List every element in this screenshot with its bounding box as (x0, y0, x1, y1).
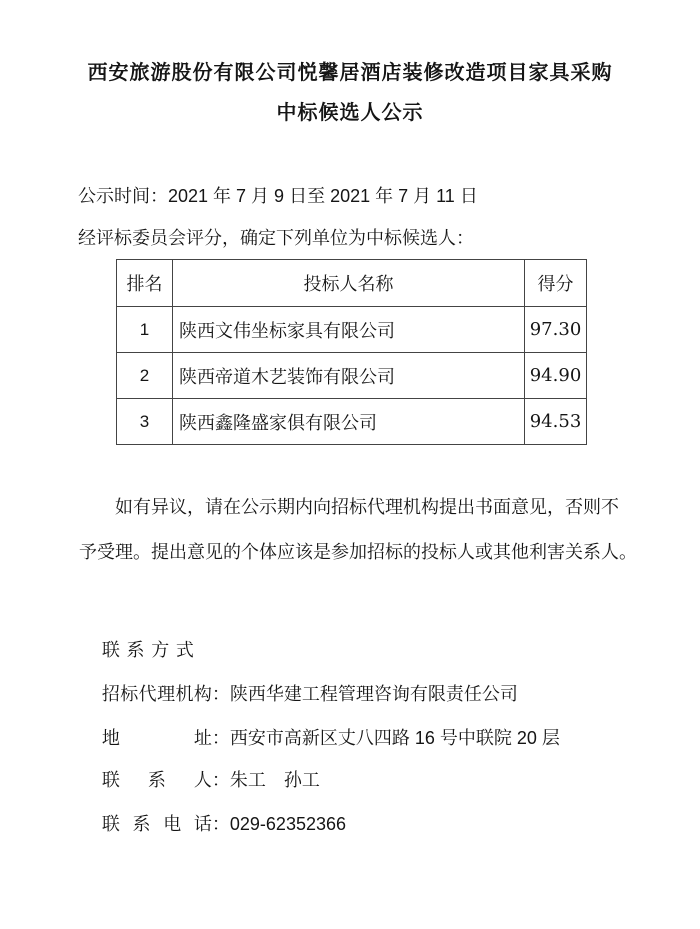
address-value: 西安市高新区丈八四路 16 号中联院 20 层 (230, 728, 560, 748)
phone-value: 029-62352366 (230, 814, 346, 834)
rank-cell: 2 (117, 353, 173, 399)
label-colon: ： (212, 684, 230, 706)
bidder-cell: 陕西文伟坐标家具有限公司 (173, 307, 525, 353)
header-score: 得分 (525, 260, 587, 307)
table-row: 1 陕西文伟坐标家具有限公司 97.30 (117, 307, 587, 353)
table-row: 3 陕西鑫隆盛家俱有限公司 94.53 (117, 399, 587, 445)
contact-heading-text: 联系方式 (102, 640, 194, 662)
person-label: 联系人 (102, 770, 212, 792)
announcement-page: 西安旅游股份有限公司悦馨居酒店装修改造项目家具采购 中标候选人公示 公示时间：2… (0, 0, 700, 929)
objection-paragraph-line1: 如有异议，请在公示期内向招标代理机构提出书面意见，否则不 (115, 497, 619, 519)
header-bidder: 投标人名称 (173, 260, 525, 307)
label-colon: ： (212, 770, 230, 792)
bid-candidates-table: 排名 投标人名称 得分 1 陕西文伟坐标家具有限公司 97.30 2 陕西帝道木… (116, 259, 587, 445)
score-cell: 97.30 (525, 307, 587, 353)
agency-value: 陕西华建工程管理咨询有限责任公司 (230, 684, 518, 705)
phone-label: 联系电话 (102, 814, 212, 836)
bidder-cell: 陕西帝道木艺装饰有限公司 (173, 353, 525, 399)
objection-paragraph-line2: 予受理。提出意见的个体应该是参加招标的投标人或其他利害关系人。 (79, 542, 637, 564)
table-header-row: 排名 投标人名称 得分 (117, 260, 587, 307)
header-rank: 排名 (117, 260, 173, 307)
publicity-period-text: 公示时间：2021 年 7 月 9 日至 2021 年 7 月 11 日 (78, 185, 478, 207)
evaluation-note-text: 经评标委员会评分，确定下列单位为中标候选人： (78, 228, 474, 250)
person-value: 朱工 孙工 (230, 770, 320, 791)
address-label: 地址 (102, 728, 212, 750)
score-cell: 94.90 (525, 353, 587, 399)
label-colon: ： (212, 728, 230, 750)
document-title-line1: 西安旅游股份有限公司悦馨居酒店装修改造项目家具采购 (0, 60, 700, 84)
rank-cell: 1 (117, 307, 173, 353)
label-colon: ： (212, 814, 230, 836)
table-row: 2 陕西帝道木艺装饰有限公司 94.90 (117, 353, 587, 399)
score-cell: 94.53 (525, 399, 587, 445)
contact-phone-row: 联系电话：029-62352366 (79, 791, 346, 858)
rank-cell: 3 (117, 399, 173, 445)
bidder-cell: 陕西鑫隆盛家俱有限公司 (173, 399, 525, 445)
agency-label: 招标代理机构 (102, 684, 212, 706)
document-title-line2: 中标候选人公示 (0, 100, 700, 124)
